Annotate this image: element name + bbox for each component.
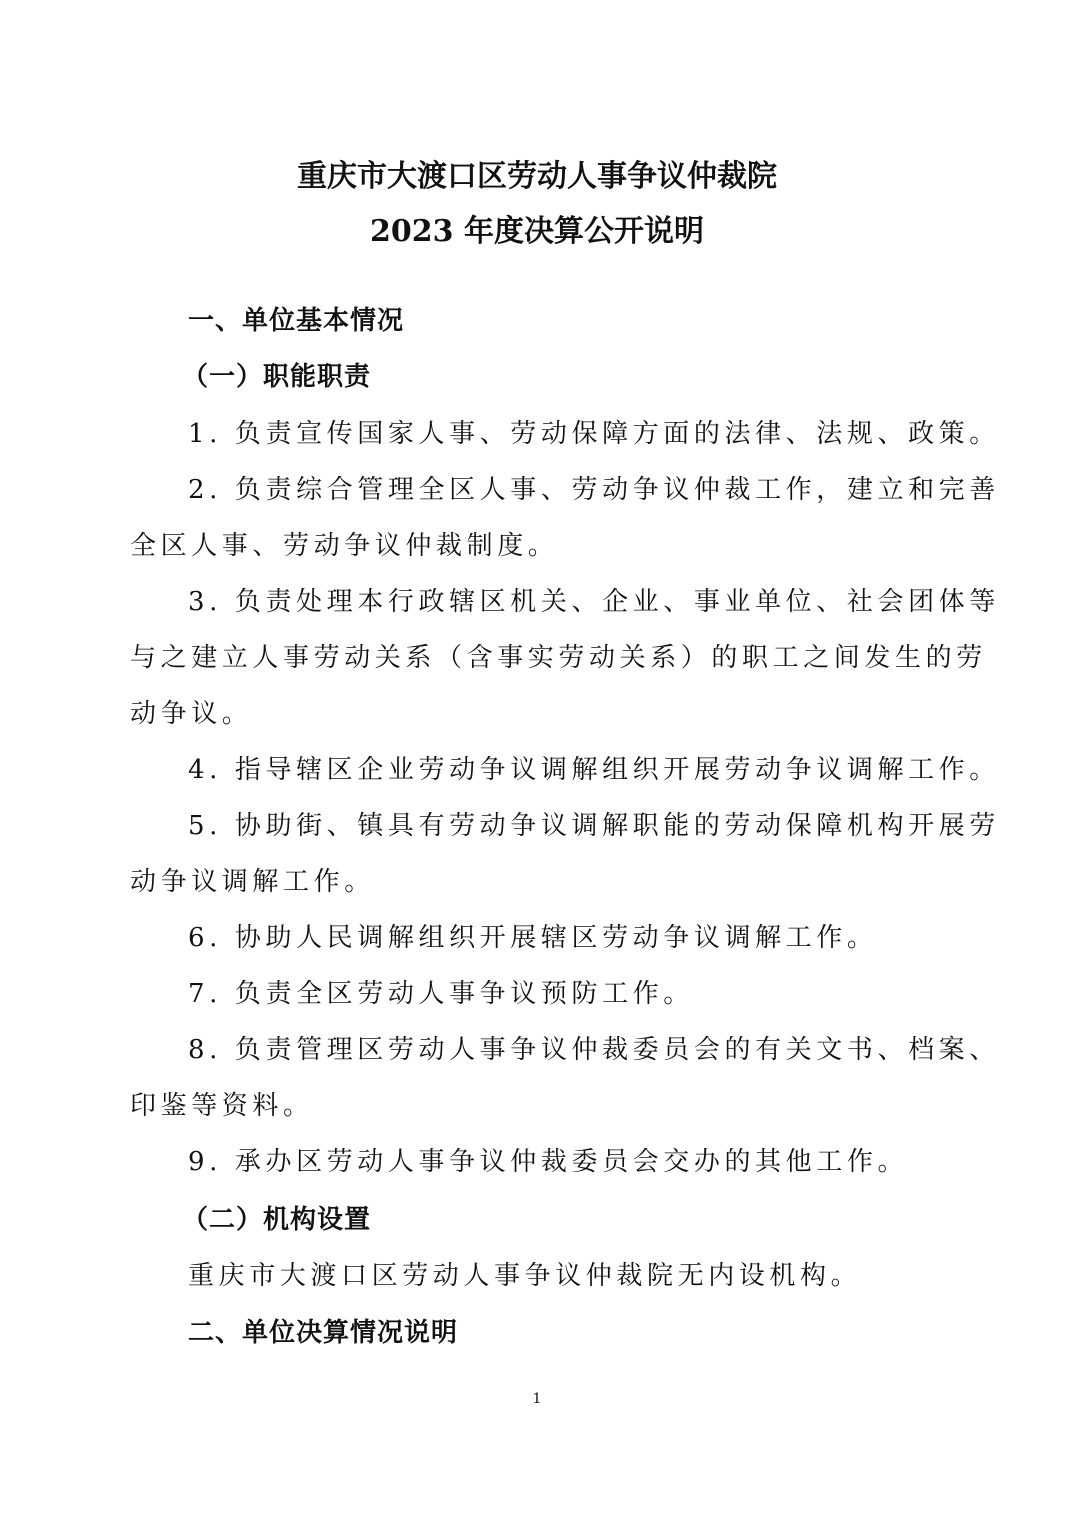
duty-item-6: 6. 协助人民调解组织开展辖区劳动争议调解工作。 <box>188 920 877 956</box>
subsection-heading-duties: （一）职能职责 <box>182 359 371 395</box>
duty-item-8: 8. 负责管理区劳动人事争议仲裁委员会的有关文书、档案、 <box>188 1032 1000 1068</box>
document-title-line1: 重庆市大渡口区劳动人事争议仲裁院 <box>0 157 1074 197</box>
section-heading-final-accounts: 二、单位决算情况说明 <box>188 1315 458 1351</box>
duty-item-5: 5. 协助街、镇具有劳动争议调解职能的劳动保障机构开展劳 <box>188 808 1000 844</box>
duty-item-3: 3. 负责处理本行政辖区机关、企业、事业单位、社会团体等 <box>188 584 1000 620</box>
duty-item-3-cont1: 与之建立人事劳动关系（含事实劳动关系）的职工之间发生的劳 <box>130 640 987 676</box>
page-number: 1 <box>0 1390 1074 1408</box>
duty-item-4: 4. 指导辖区企业劳动争议调解组织开展劳动争议调解工作。 <box>188 752 1000 788</box>
duty-item-5-cont: 动争议调解工作。 <box>130 864 375 900</box>
subsection-heading-organization: （二）机构设置 <box>182 1202 371 1238</box>
duty-item-3-cont2: 动争议。 <box>130 696 252 732</box>
duty-item-9: 9. 承办区劳动人事争议仲裁委员会交办的其他工作。 <box>188 1144 908 1180</box>
duty-item-2: 2. 负责综合管理全区人事、劳动争议仲裁工作，建立和完善 <box>188 472 1000 508</box>
section-heading-basic-info: 一、单位基本情况 <box>188 303 404 339</box>
duty-item-8-cont: 印鉴等资料。 <box>130 1088 314 1124</box>
document-page: 重庆市大渡口区劳动人事争议仲裁院 2023 年度决算公开说明 一、单位基本情况 … <box>0 0 1074 1520</box>
duty-item-1: 1. 负责宣传国家人事、劳动保障方面的法律、法规、政策。 <box>188 416 1000 452</box>
document-title-line2: 2023 年度决算公开说明 <box>0 212 1074 252</box>
organization-text: 重庆市大渡口区劳动人事争议仲裁院无内设机构。 <box>188 1258 861 1294</box>
duty-item-2-cont: 全区人事、劳动争议仲裁制度。 <box>130 528 558 564</box>
duty-item-7: 7. 负责全区劳动人事争议预防工作。 <box>188 976 694 1012</box>
